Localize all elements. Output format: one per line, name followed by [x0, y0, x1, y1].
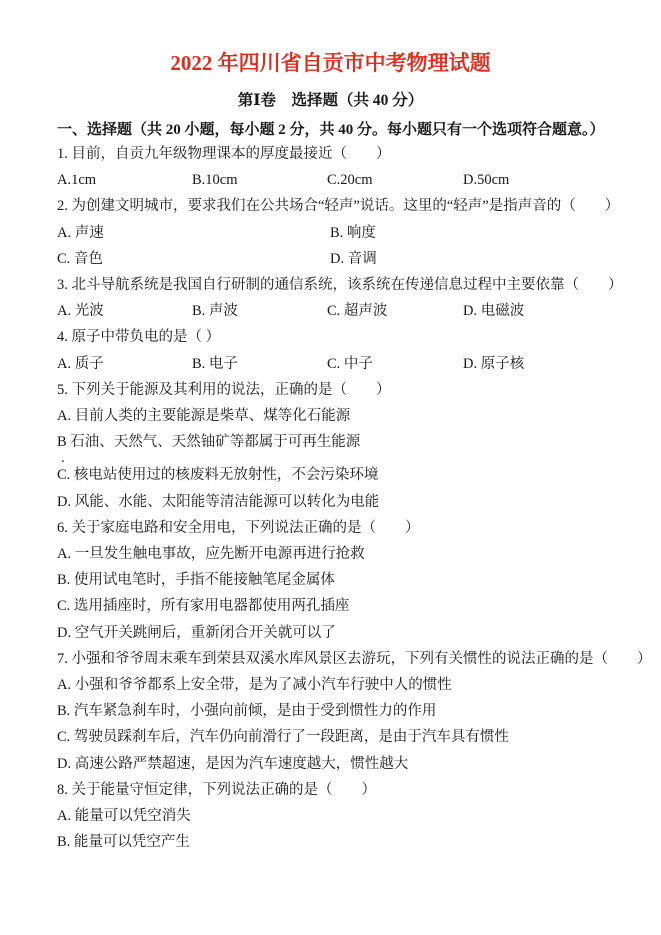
question-5-option-c: C. 核电站使用过的核废料无放射性，不会污染环境 — [57, 462, 661, 488]
option-b: B. 响度 — [330, 220, 661, 246]
option-d: D. 原子核 — [463, 351, 661, 377]
option-c: C.20cm — [327, 167, 463, 193]
exam-document-page: 2022 年四川省自贡市中考物理试题 第Ⅰ卷 选择题（共 40 分） 一、选择题… — [0, 0, 661, 935]
option-b: B.10cm — [192, 167, 327, 193]
question-4-text: 4. 原子中带负电的是（ ） — [57, 324, 661, 350]
option-b: B. 声波 — [192, 298, 327, 324]
option-c: C. 超声波 — [327, 298, 463, 324]
exam-title: 2022 年四川省自贡市中考物理试题 — [0, 51, 661, 75]
question-4-options: A. 质子 B. 电子 C. 中子 D. 原子核 — [57, 351, 661, 377]
question-7-option-b: B. 汽车紧急刹车时，小强向前倾，是由于受到惯性力的作用 — [57, 698, 661, 724]
option-c: C. 音色 — [57, 246, 330, 272]
question-1-text: 1. 目前，自贡九年级物理课本的厚度最接近（ ） — [57, 141, 661, 167]
option-d: D. 电磁波 — [463, 298, 661, 324]
question-7-text: 7. 小强和爷爷周末乘车到荣县双溪水库风景区去游玩，下列有关惯性的说法正确的是（… — [57, 646, 661, 672]
option-d: D.50cm — [463, 167, 661, 193]
question-6-option-b: B. 使用试电笔时，手指不能接触笔尾金属体 — [57, 567, 661, 593]
question-3-text: 3. 北斗导航系统是我国自行研制的通信系统，该系统在传递信息过程中主要依靠（ ） — [57, 272, 661, 298]
question-6-option-c: C. 选用插座时，所有家用电器都使用两孔插座 — [57, 593, 661, 619]
question-7-option-d: D. 高速公路严禁超速，是因为汽车速度越大，惯性越大 — [57, 751, 661, 777]
part-one-instructions: 一、选择题（共 20 小题，每小题 2 分，共 40 分。每小题只有一个选项符合… — [57, 120, 661, 140]
question-5-option-b: B 石油、天然气、天然铀矿等都属于可再生能源 — [57, 429, 661, 455]
option-a: A. 声速 — [57, 220, 330, 246]
question-6-option-d: D. 空气开关跳闸后，重新闭合开关就可以了 — [57, 620, 661, 646]
questions-list: 1. 目前，自贡九年级物理课本的厚度最接近（ ） A.1cm B.10cm C.… — [57, 141, 661, 855]
option-b: B. 电子 — [192, 351, 327, 377]
stray-period: . — [57, 455, 661, 462]
question-5-option-a: A. 目前人类的主要能源是柴草、煤等化石能源 — [57, 403, 661, 429]
question-5-option-d: D. 风能、水能、太阳能等清洁能源可以转化为电能 — [57, 489, 661, 515]
option-a: A. 光波 — [57, 298, 192, 324]
question-2-options-row-2: C. 音色 D. 音调 — [57, 246, 661, 272]
question-1-options: A.1cm B.10cm C.20cm D.50cm — [57, 167, 661, 193]
question-8-option-b: B. 能量可以凭空产生 — [57, 829, 661, 855]
section-i-heading: 第Ⅰ卷 选择题（共 40 分） — [0, 91, 661, 111]
option-a: A. 质子 — [57, 351, 192, 377]
option-a: A.1cm — [57, 167, 192, 193]
question-3-options: A. 光波 B. 声波 C. 超声波 D. 电磁波 — [57, 298, 661, 324]
question-5-text: 5. 下列关于能源及其利用的说法，正确的是（ ） — [57, 377, 661, 403]
question-2-options-row-1: A. 声速 B. 响度 — [57, 220, 661, 246]
option-d: D. 音调 — [330, 246, 661, 272]
question-8-option-a: A. 能量可以凭空消失 — [57, 803, 661, 829]
option-c: C. 中子 — [327, 351, 463, 377]
question-8-text: 8. 关于能量守恒定律，下列说法正确的是（ ） — [57, 777, 661, 803]
question-6-text: 6. 关于家庭电路和安全用电，下列说法正确的是（ ） — [57, 515, 661, 541]
question-7-option-a: A. 小强和爷爷都系上安全带，是为了减小汽车行驶中人的惯性 — [57, 672, 661, 698]
question-7-option-c: C. 驾驶员踩刹车后，汽车仍向前滑行了一段距离，是由于汽车具有惯性 — [57, 724, 661, 750]
question-6-option-a: A. 一旦发生触电事故，应先断开电源再进行抢救 — [57, 541, 661, 567]
question-2-text: 2. 为创建文明城市，要求我们在公共场合“轻声”说话。这里的“轻声”是指声音的（… — [57, 193, 661, 219]
